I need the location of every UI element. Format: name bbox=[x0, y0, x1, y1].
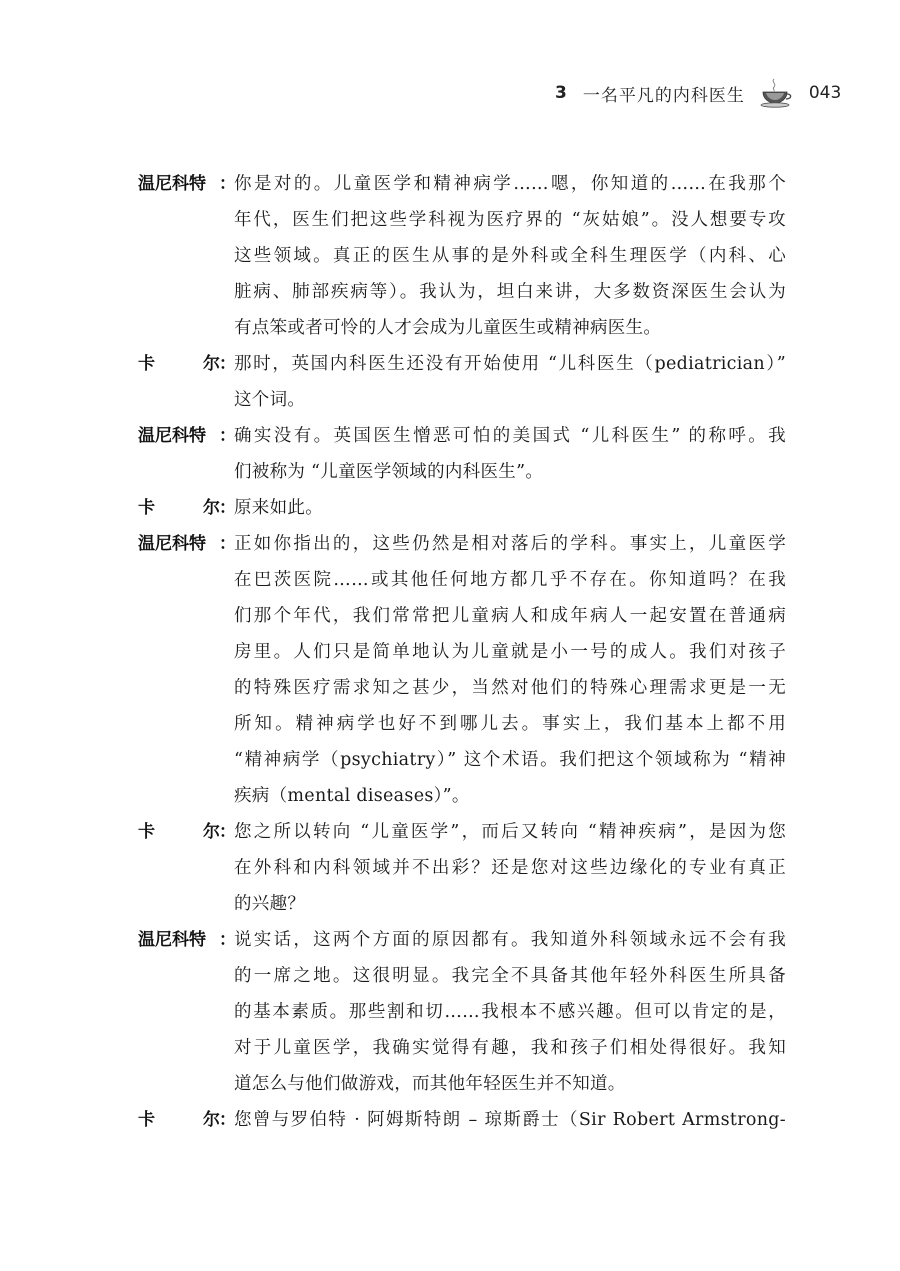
speaker-name-part: 尔 bbox=[203, 346, 220, 382]
text-line: 原来如此。 bbox=[234, 490, 786, 526]
speaker-name-part: 尔 bbox=[203, 814, 220, 850]
dialogue-turn-winnicott: 温尼科特 ： 你是对的。儿童医学和精神病学……嗯，你知道的……在我那个 年代，医… bbox=[138, 166, 786, 346]
chapter-title: 一名平凡的内科医生 bbox=[583, 81, 745, 106]
colon: ： bbox=[219, 490, 236, 526]
text-line: 房里。人们只是简单地认为儿童就是小一号的成人。我们对孩子 bbox=[234, 634, 786, 670]
text-line: 确实没有。英国医生憎恶可怕的美国式 “儿科医生” 的称呼。我 bbox=[234, 418, 786, 454]
text-line: 的基本素质。那些割和切……我根本不感兴趣。但可以肯定的是， bbox=[234, 994, 786, 1030]
speaker-name-part: 卡 bbox=[138, 814, 155, 850]
speaker-label: 温尼科特 ： bbox=[138, 922, 234, 958]
dialogue-turn-karl: 卡 尔 ： 您曾与罗伯特 · 阿姆斯特朗 – 琼斯爵士（Sir Robert A… bbox=[138, 1102, 786, 1138]
speech-text: 正如你指出的，这些仍然是相对落后的学科。事实上，儿童医学 在巴茨医院……或其他任… bbox=[234, 526, 786, 814]
speech-text: 你是对的。儿童医学和精神病学……嗯，你知道的……在我那个 年代，医生们把这些学科… bbox=[234, 166, 786, 346]
speaker-name: 温尼科特 bbox=[138, 166, 206, 202]
colon: ： bbox=[219, 1102, 236, 1138]
text-line: 年代，医生们把这些学科视为医疗界的 “灰姑娘”。没人想要专攻 bbox=[234, 202, 786, 238]
text-line: 的一席之地。这很明显。我完全不具备其他年轻外科医生所具备 bbox=[234, 958, 786, 994]
colon: ： bbox=[219, 814, 236, 850]
speaker-label: 温尼科特 ： bbox=[138, 418, 234, 454]
teacup-icon bbox=[759, 78, 793, 108]
speaker-name-part: 尔 bbox=[203, 1102, 220, 1138]
text-line: 脏病、肺部疾病等）。我认为，坦白来讲，大多数资深医生会认为 bbox=[234, 274, 786, 310]
dialogue-turn-karl: 卡 尔 ： 您之所以转向 “儿童医学”，而后又转向 “精神疾病”，是因为您 在外… bbox=[138, 814, 786, 922]
speech-text: 您曾与罗伯特 · 阿姆斯特朗 – 琼斯爵士（Sir Robert Armstro… bbox=[234, 1102, 786, 1138]
text-line: 疾病（mental diseases）”。 bbox=[234, 778, 786, 814]
dialogue-turn-karl: 卡 尔 ： 那时，英国内科医生还没有开始使用 “儿科医生（pediatricia… bbox=[138, 346, 786, 418]
running-header: 3 一名平凡的内科医生 043 bbox=[555, 80, 841, 106]
text-line: 说实话，这两个方面的原因都有。我知道外科领域永远不会有我 bbox=[234, 922, 786, 958]
text-line: 的兴趣？ bbox=[234, 886, 786, 922]
speaker-name: 温尼科特 bbox=[138, 922, 206, 958]
dialogue-body: 温尼科特 ： 你是对的。儿童医学和精神病学……嗯，你知道的……在我那个 年代，医… bbox=[138, 166, 786, 1138]
speech-text: 那时，英国内科医生还没有开始使用 “儿科医生（pediatrician）” 这个… bbox=[234, 346, 786, 418]
colon: ： bbox=[219, 526, 236, 562]
speech-text: 原来如此。 bbox=[234, 490, 786, 526]
speaker-label: 卡 尔 ： bbox=[138, 814, 234, 850]
text-line: 对于儿童医学，我确实觉得有趣，我和孩子们相处得很好。我知 bbox=[234, 1030, 786, 1066]
text-line: 您曾与罗伯特 · 阿姆斯特朗 – 琼斯爵士（Sir Robert Armstro… bbox=[234, 1102, 786, 1138]
speaker-name-part: 尔 bbox=[203, 490, 220, 526]
text-line: 的特殊医疗需求知之甚少，当然对他们的特殊心理需求更是一无 bbox=[234, 670, 786, 706]
text-line: 有点笨或者可怜的人才会成为儿童医生或精神病医生。 bbox=[234, 310, 786, 346]
text-line: 正如你指出的，这些仍然是相对落后的学科。事实上，儿童医学 bbox=[234, 526, 786, 562]
colon: ： bbox=[219, 346, 236, 382]
text-line: 们被称为 “儿童医学领域的内科医生”。 bbox=[234, 454, 786, 490]
speaker-name: 温尼科特 bbox=[138, 526, 206, 562]
text-line: 那时，英国内科医生还没有开始使用 “儿科医生（pediatrician）” bbox=[234, 346, 786, 382]
dialogue-turn-winnicott: 温尼科特 ： 说实话，这两个方面的原因都有。我知道外科领域永远不会有我 的一席之… bbox=[138, 922, 786, 1102]
text-line: 道怎么与他们做游戏，而其他年轻医生并不知道。 bbox=[234, 1066, 786, 1102]
speaker-label: 卡 尔 ： bbox=[138, 1102, 234, 1138]
speech-text: 确实没有。英国医生憎恶可怕的美国式 “儿科医生” 的称呼。我 们被称为 “儿童医… bbox=[234, 418, 786, 490]
dialogue-turn-winnicott: 温尼科特 ： 确实没有。英国医生憎恶可怕的美国式 “儿科医生” 的称呼。我 们被… bbox=[138, 418, 786, 490]
speaker-name-part: 卡 bbox=[138, 490, 155, 526]
text-line: 这个词。 bbox=[234, 382, 786, 418]
text-line: 所知。精神病学也好不到哪儿去。事实上，我们基本上都不用 bbox=[234, 706, 786, 742]
speaker-label: 温尼科特 ： bbox=[138, 526, 234, 562]
text-line: 们那个年代，我们常常把儿童病人和成年病人一起安置在普通病 bbox=[234, 598, 786, 634]
chapter-number: 3 bbox=[555, 83, 567, 103]
page-number: 043 bbox=[809, 83, 841, 103]
colon: ： bbox=[219, 922, 236, 958]
speech-text: 您之所以转向 “儿童医学”，而后又转向 “精神疾病”，是因为您 在外科和内科领域… bbox=[234, 814, 786, 922]
speaker-label: 卡 尔 ： bbox=[138, 490, 234, 526]
text-line: 在巴茨医院……或其他任何地方都几乎不存在。你知道吗？在我 bbox=[234, 562, 786, 598]
colon: ： bbox=[219, 166, 236, 202]
speaker-label: 温尼科特 ： bbox=[138, 166, 234, 202]
text-line: 这些领域。真正的医生从事的是外科或全科生理医学（内科、心 bbox=[234, 238, 786, 274]
speaker-name: 温尼科特 bbox=[138, 418, 206, 454]
colon: ： bbox=[219, 418, 236, 454]
speaker-name-part: 卡 bbox=[138, 1102, 155, 1138]
speaker-name-part: 卡 bbox=[138, 346, 155, 382]
speech-text: 说实话，这两个方面的原因都有。我知道外科领域永远不会有我 的一席之地。这很明显。… bbox=[234, 922, 786, 1102]
text-line: 在外科和内科领域并不出彩？还是您对这些边缘化的专业有真正 bbox=[234, 850, 786, 886]
dialogue-turn-karl: 卡 尔 ： 原来如此。 bbox=[138, 490, 786, 526]
text-line: 您之所以转向 “儿童医学”，而后又转向 “精神疾病”，是因为您 bbox=[234, 814, 786, 850]
text-line: “精神病学（psychiatry）” 这个术语。我们把这个领域称为 “精神 bbox=[234, 742, 786, 778]
speaker-label: 卡 尔 ： bbox=[138, 346, 234, 382]
text-line: 你是对的。儿童医学和精神病学……嗯，你知道的……在我那个 bbox=[234, 166, 786, 202]
dialogue-turn-winnicott: 温尼科特 ： 正如你指出的，这些仍然是相对落后的学科。事实上，儿童医学 在巴茨医… bbox=[138, 526, 786, 814]
